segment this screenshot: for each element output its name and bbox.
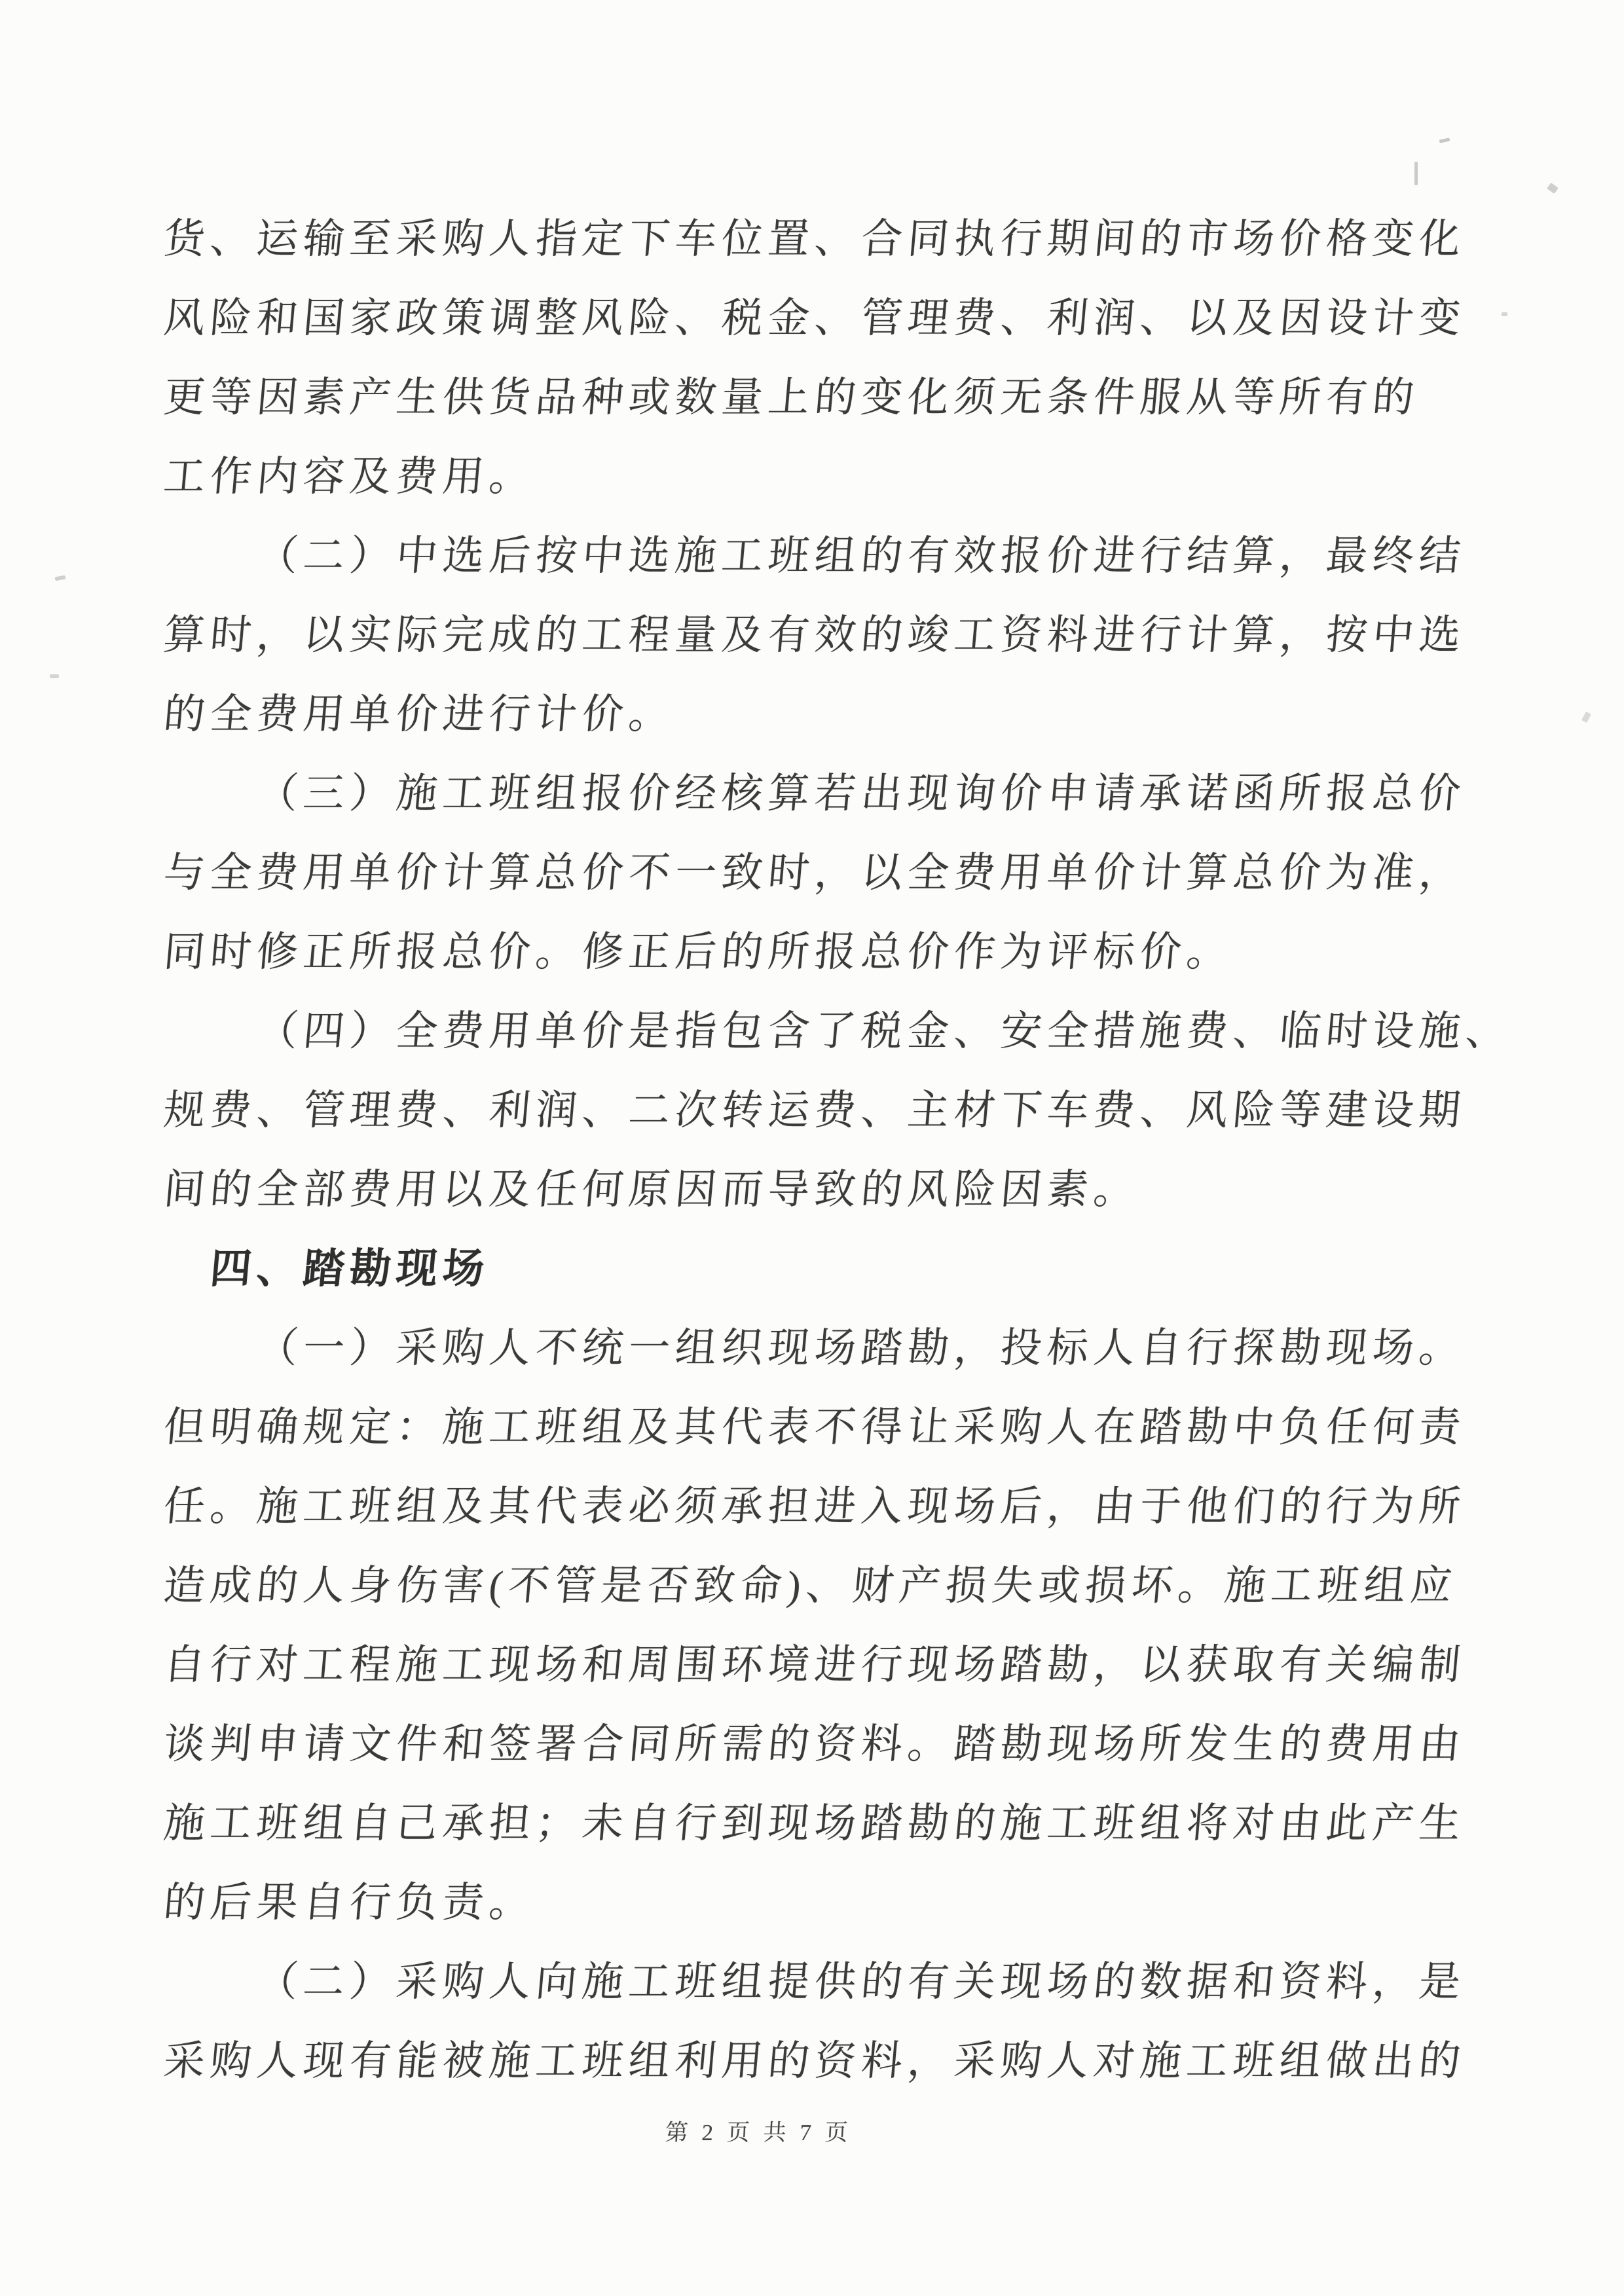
text-line: 任。施工班组及其代表必须承担进入现场后，由于他们的行为所 bbox=[160, 1467, 1474, 1546]
section-heading: 四、踏勘现场 bbox=[160, 1230, 1474, 1309]
text-line: 的后果自行负责。 bbox=[160, 1863, 1474, 1942]
text-line: 谈判申请文件和签署合同所需的资料。踏勘现场所发生的费用由 bbox=[160, 1705, 1474, 1784]
text-line: 造成的人身伤害(不管是否致命)、财产损失或损坏。施工班组应 bbox=[160, 1546, 1474, 1626]
text-line: 货、运输至采购人指定下车位置、合同执行期间的市场价格变化 bbox=[160, 200, 1474, 279]
scan-artifact bbox=[55, 575, 66, 581]
text-line: （一）采购人不统一组织现场踏勘，投标人自行探勘现场。 bbox=[160, 1309, 1474, 1388]
scan-artifact bbox=[1414, 162, 1418, 185]
text-line: 算时，以实际完成的工程量及有效的竣工资料进行计算，按中选 bbox=[160, 596, 1474, 675]
scan-artifact bbox=[1581, 712, 1591, 723]
text-line: 规费、管理费、利润、二次转运费、主材下车费、风险等建设期 bbox=[160, 1071, 1474, 1150]
text-line: 间的全部费用以及任何原因而导致的风险因素。 bbox=[160, 1150, 1474, 1230]
text-line: 与全费用单价计算总价不一致时，以全费用单价计算总价为准， bbox=[160, 833, 1474, 913]
text-line: 自行对工程施工现场和周围环境进行现场踏勘，以获取有关编制 bbox=[160, 1626, 1474, 1705]
page-number-footer: 第 2 页 共 7 页 bbox=[665, 2115, 853, 2147]
scanned-document-page: 货、运输至采购人指定下车位置、合同执行期间的市场价格变化风险和国家政策调整风险、… bbox=[0, 0, 1624, 2296]
text-line: （二）采购人向施工班组提供的有关现场的数据和资料，是 bbox=[160, 1942, 1474, 2022]
scan-artifact bbox=[1547, 183, 1559, 194]
text-line: 工作内容及费用。 bbox=[160, 437, 1474, 517]
scan-artifact bbox=[1439, 137, 1450, 143]
text-line: 风险和国家政策调整风险、税金、管理费、利润、以及因设计变 bbox=[160, 279, 1474, 358]
scan-artifact bbox=[50, 674, 59, 678]
text-line: 的全费用单价进行计价。 bbox=[160, 675, 1474, 754]
text-line: （三）施工班组报价经核算若出现询价申请承诺函所报总价 bbox=[160, 754, 1474, 833]
text-line: （二）中选后按中选施工班组的有效报价进行结算，最终结 bbox=[160, 517, 1474, 596]
text-line: 但明确规定：施工班组及其代表不得让采购人在踏勘中负任何责 bbox=[160, 1388, 1474, 1467]
text-line: 施工班组自己承担；未自行到现场踏勘的施工班组将对由此产生 bbox=[160, 1784, 1474, 1863]
text-line: 同时修正所报总价。修正后的所报总价作为评标价。 bbox=[160, 913, 1474, 992]
text-line: （四）全费用单价是指包含了税金、安全措施费、临时设施、 bbox=[160, 992, 1474, 1071]
document-body: 货、运输至采购人指定下车位置、合同执行期间的市场价格变化风险和国家政策调整风险、… bbox=[164, 200, 1470, 2101]
text-line: 采购人现有能被施工班组利用的资料，采购人对施工班组做出的 bbox=[160, 2022, 1474, 2101]
text-line: 更等因素产生供货品种或数量上的变化须无条件服从等所有的 bbox=[160, 358, 1474, 437]
scan-artifact bbox=[1502, 312, 1507, 316]
